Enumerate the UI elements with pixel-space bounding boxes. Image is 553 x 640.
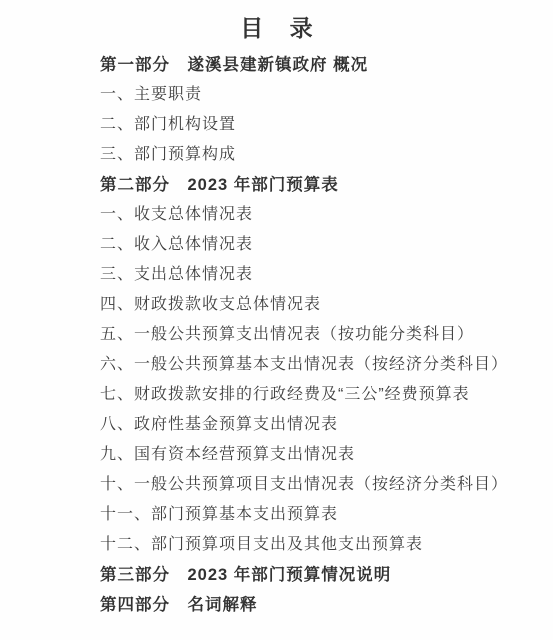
toc-item: 一、收支总体情况表 xyxy=(100,200,523,230)
toc-item: 二、收入总体情况表 xyxy=(100,230,523,260)
table-of-contents: 第一部分 遂溪县建新镇政府 概况 一、主要职责 二、部门机构设置 三、部门预算构… xyxy=(0,50,553,620)
page-title: 目 录 xyxy=(0,12,553,44)
toc-section-heading: 第三部分 2023 年部门预算情况说明 xyxy=(100,560,523,590)
toc-item: 十、一般公共预算项目支出情况表（按经济分类科目） xyxy=(100,470,523,500)
toc-item: 一、主要职责 xyxy=(100,80,523,110)
toc-item: 五、一般公共预算支出情况表（按功能分类科目） xyxy=(100,320,523,350)
toc-section-heading: 第二部分 2023 年部门预算表 xyxy=(100,170,523,200)
toc-item: 三、支出总体情况表 xyxy=(100,260,523,290)
toc-item: 四、财政拨款收支总体情况表 xyxy=(100,290,523,320)
toc-item: 九、国有资本经营预算支出情况表 xyxy=(100,440,523,470)
toc-item: 六、一般公共预算基本支出情况表（按经济分类科目） xyxy=(100,350,523,380)
toc-item: 八、政府性基金预算支出情况表 xyxy=(100,410,523,440)
toc-item: 七、财政拨款安排的行政经费及“三公”经费预算表 xyxy=(100,380,523,410)
toc-section-heading: 第一部分 遂溪县建新镇政府 概况 xyxy=(100,50,523,80)
toc-item: 十二、部门预算项目支出及其他支出预算表 xyxy=(100,530,523,560)
toc-section-heading: 第四部分 名词解释 xyxy=(100,590,523,620)
toc-item: 三、部门预算构成 xyxy=(100,140,523,170)
toc-item: 二、部门机构设置 xyxy=(100,110,523,140)
toc-item: 十一、部门预算基本支出预算表 xyxy=(100,500,523,530)
document-page: 目 录 第一部分 遂溪县建新镇政府 概况 一、主要职责 二、部门机构设置 三、部… xyxy=(0,0,553,640)
